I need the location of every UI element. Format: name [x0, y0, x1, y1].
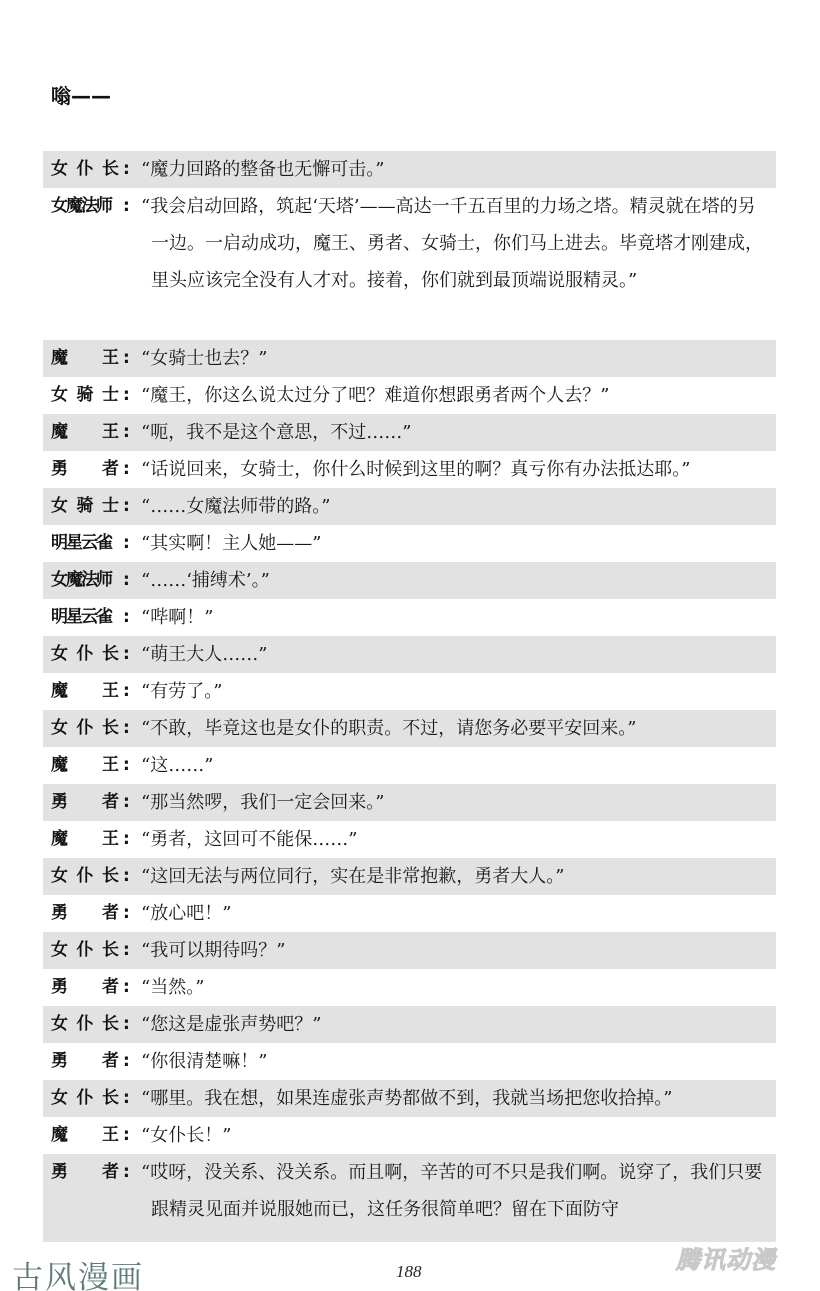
page-number: 188: [396, 1262, 422, 1282]
speaker-name: 勇者: [51, 1043, 119, 1080]
speaker-label: 魔王:: [51, 414, 137, 451]
speaker-colon: :: [123, 488, 137, 525]
dialogue-row: 女仆长:“不敢，毕竟这也是女仆的职责。不过，请您务必要平安回来。”: [43, 710, 776, 747]
speaker-label: 魔王:: [51, 340, 137, 377]
speaker-name: 女仆长: [51, 1006, 119, 1043]
dialogue-text: “其实啊！主人她——”: [137, 525, 776, 562]
dialogue-row: 魔王:“女骑士也去？”: [43, 340, 776, 377]
dialogue-text: “呃，我不是这个意思，不过……”: [137, 414, 776, 451]
dialogue-text: “您这是虚张声势吧？”: [137, 1006, 776, 1043]
speaker-label: 明星云雀:: [51, 599, 137, 636]
speaker-colon: :: [123, 1117, 137, 1154]
dialogue-text: “话说回来，女骑士，你什么时候到这里的啊？真亏你有办法抵达耶。”: [137, 451, 776, 488]
dialogue-text: “萌王大人……”: [137, 636, 776, 673]
speaker-name: 女仆长: [51, 932, 119, 969]
speaker-name: 女仆长: [51, 636, 119, 673]
dialogue-text: “当然。”: [137, 969, 776, 1006]
dialogue-text: “我会启动回路，筑起‘天塔’——高达一千五百里的力场之塔。精灵就在塔的另一边。一…: [137, 188, 776, 299]
speaker-name: 魔王: [51, 673, 119, 710]
speaker-name: 女魔法师: [51, 562, 119, 599]
speaker-colon: :: [123, 188, 137, 225]
dialogue-text: “你很清楚嘛！”: [137, 1043, 776, 1080]
speaker-label: 女骑士:: [51, 488, 137, 525]
dialogue-text: “不敢，毕竟这也是女仆的职责。不过，请您务必要平安回来。”: [137, 710, 776, 747]
dialogue-row: 魔王:“勇者，这回可不能保……”: [43, 821, 776, 858]
speaker-name: 勇者: [51, 969, 119, 1006]
dialogue-text: “哔啊！”: [137, 599, 776, 636]
speaker-name: 女仆长: [51, 151, 119, 188]
speaker-colon: :: [123, 673, 137, 710]
dialogue-row: 女仆长:“萌王大人……”: [43, 636, 776, 673]
speaker-colon: :: [123, 784, 137, 821]
speaker-colon: :: [123, 562, 137, 599]
speaker-colon: :: [123, 599, 137, 636]
speaker-label: 女仆长:: [51, 151, 137, 188]
speaker-colon: :: [123, 451, 137, 488]
speaker-label: 勇者:: [51, 451, 137, 488]
dialogue-row: 勇者:“哎呀，没关系、没关系。而且啊，辛苦的可不只是我们啊。说穿了，我们只要跟精…: [43, 1154, 776, 1242]
speaker-label: 明星云雀:: [51, 525, 137, 562]
speaker-colon: :: [123, 1006, 137, 1043]
speaker-colon: :: [123, 969, 137, 1006]
speaker-colon: :: [123, 636, 137, 673]
speaker-label: 女仆长:: [51, 932, 137, 969]
speaker-name: 魔王: [51, 821, 119, 858]
dialogue-row: 明星云雀:“哔啊！”: [43, 599, 776, 636]
speaker-label: 魔王:: [51, 747, 137, 784]
dialogue-row: 魔王:“这……”: [43, 747, 776, 784]
dialogue-row: 女仆长:“魔力回路的整备也无懈可击。”: [43, 151, 776, 188]
speaker-label: 勇者:: [51, 1154, 137, 1191]
dialogue-text: “放心吧！”: [137, 895, 776, 932]
speaker-label: 勇者:: [51, 1043, 137, 1080]
speaker-label: 女仆长:: [51, 1006, 137, 1043]
dialogue-row: 女仆长:“我可以期待吗？”: [43, 932, 776, 969]
speaker-colon: :: [123, 151, 137, 188]
dialogue-text: “女骑士也去？”: [137, 340, 776, 377]
speaker-name: 勇者: [51, 784, 119, 821]
dialogue-row: 女骑士:“魔王，你这么说太过分了吧？难道你想跟勇者两个人去？”: [43, 377, 776, 414]
speaker-colon: :: [123, 821, 137, 858]
speaker-colon: :: [123, 414, 137, 451]
speaker-label: 女魔法师:: [51, 562, 137, 599]
dialogue-row: 勇者:“当然。”: [43, 969, 776, 1006]
speaker-label: 魔王:: [51, 673, 137, 710]
dialogue-text: “……女魔法师带的路。”: [137, 488, 776, 525]
speaker-name: 女仆长: [51, 1080, 119, 1117]
speaker-label: 勇者:: [51, 784, 137, 821]
speaker-label: 女仆长:: [51, 858, 137, 895]
dialogue-row: 女魔法师:“……‘捕缚术’。”: [43, 562, 776, 599]
speaker-name: 魔王: [51, 414, 119, 451]
dialogue-text: “勇者，这回可不能保……”: [137, 821, 776, 858]
dialogue-row: 魔王:“女仆长！”: [43, 1117, 776, 1154]
speaker-name: 女骑士: [51, 488, 119, 525]
speaker-colon: :: [123, 710, 137, 747]
dialogue-row: 女仆长:“哪里。我在想，如果连虚张声势都做不到，我就当场把您收拾掉。”: [43, 1080, 776, 1117]
dialogue-text: “我可以期待吗？”: [137, 932, 776, 969]
speaker-name: 明星云雀: [51, 599, 119, 636]
speaker-name: 女魔法师: [51, 188, 119, 225]
speaker-name: 明星云雀: [51, 525, 119, 562]
speaker-colon: :: [123, 525, 137, 562]
speaker-colon: :: [123, 340, 137, 377]
dialogue-text: “……‘捕缚术’。”: [137, 562, 776, 599]
speaker-name: 女仆长: [51, 710, 119, 747]
book-page: 嗡—— 女仆长:“魔力回路的整备也无懈可击。”女魔法师:“我会启动回路，筑起‘天…: [0, 0, 820, 1291]
speaker-label: 女仆长:: [51, 1080, 137, 1117]
dialogue-text: “哎呀，没关系、没关系。而且啊，辛苦的可不只是我们啊。说穿了，我们只要跟精灵见面…: [137, 1154, 776, 1228]
speaker-colon: :: [123, 858, 137, 895]
intro-sound-effect: 嗡——: [51, 80, 111, 109]
speaker-label: 魔王:: [51, 821, 137, 858]
dialogue-text: “魔王，你这么说太过分了吧？难道你想跟勇者两个人去？”: [137, 377, 776, 414]
speaker-name: 勇者: [51, 1154, 119, 1191]
dialogue-row: 勇者:“你很清楚嘛！”: [43, 1043, 776, 1080]
speaker-label: 勇者:: [51, 969, 137, 1006]
speaker-name: 勇者: [51, 451, 119, 488]
speaker-name: 女仆长: [51, 858, 119, 895]
speaker-colon: :: [123, 747, 137, 784]
speaker-label: 女仆长:: [51, 710, 137, 747]
brand-logo-text: 古风漫画: [12, 1252, 144, 1291]
dialogue-text: “那当然啰，我们一定会回来。”: [137, 784, 776, 821]
speaker-label: 魔王:: [51, 1117, 137, 1154]
dialogue-text: “哪里。我在想，如果连虚张声势都做不到，我就当场把您收拾掉。”: [137, 1080, 776, 1117]
dialogue-row: 魔王:“呃，我不是这个意思，不过……”: [43, 414, 776, 451]
dialogue-row: 女魔法师:“我会启动回路，筑起‘天塔’——高达一千五百里的力场之塔。精灵就在塔的…: [43, 188, 776, 340]
dialogue-text: “魔力回路的整备也无懈可击。”: [137, 151, 776, 188]
dialogue-row: 女仆长:“您这是虚张声势吧？”: [43, 1006, 776, 1043]
speaker-name: 勇者: [51, 895, 119, 932]
dialogue-row: 女骑士:“……女魔法师带的路。”: [43, 488, 776, 525]
dialogue-row: 明星云雀:“其实啊！主人她——”: [43, 525, 776, 562]
dialogue-list: 女仆长:“魔力回路的整备也无懈可击。”女魔法师:“我会启动回路，筑起‘天塔’——…: [43, 151, 776, 1242]
dialogue-row: 勇者:“话说回来，女骑士，你什么时候到这里的啊？真亏你有办法抵达耶。”: [43, 451, 776, 488]
speaker-colon: :: [123, 377, 137, 414]
speaker-name: 魔王: [51, 1117, 119, 1154]
watermark-logo: 腾讯动漫: [676, 1240, 798, 1268]
speaker-label: 勇者:: [51, 895, 137, 932]
dialogue-text: “这回无法与两位同行，实在是非常抱歉，勇者大人。”: [137, 858, 776, 895]
speaker-colon: :: [123, 1154, 137, 1191]
dialogue-row: 勇者:“放心吧！”: [43, 895, 776, 932]
speaker-name: 魔王: [51, 340, 119, 377]
speaker-label: 女魔法师:: [51, 188, 137, 225]
dialogue-row: 魔王:“有劳了。”: [43, 673, 776, 710]
speaker-label: 女骑士:: [51, 377, 137, 414]
dialogue-text: “女仆长！”: [137, 1117, 776, 1154]
speaker-name: 女骑士: [51, 377, 119, 414]
speaker-label: 女仆长:: [51, 636, 137, 673]
speaker-colon: :: [123, 1043, 137, 1080]
dialogue-text: “这……”: [137, 747, 776, 784]
dialogue-text: “有劳了。”: [137, 673, 776, 710]
speaker-colon: :: [123, 895, 137, 932]
speaker-colon: :: [123, 1080, 137, 1117]
speaker-colon: :: [123, 932, 137, 969]
dialogue-row: 勇者:“那当然啰，我们一定会回来。”: [43, 784, 776, 821]
speaker-name: 魔王: [51, 747, 119, 784]
dialogue-row: 女仆长:“这回无法与两位同行，实在是非常抱歉，勇者大人。”: [43, 858, 776, 895]
